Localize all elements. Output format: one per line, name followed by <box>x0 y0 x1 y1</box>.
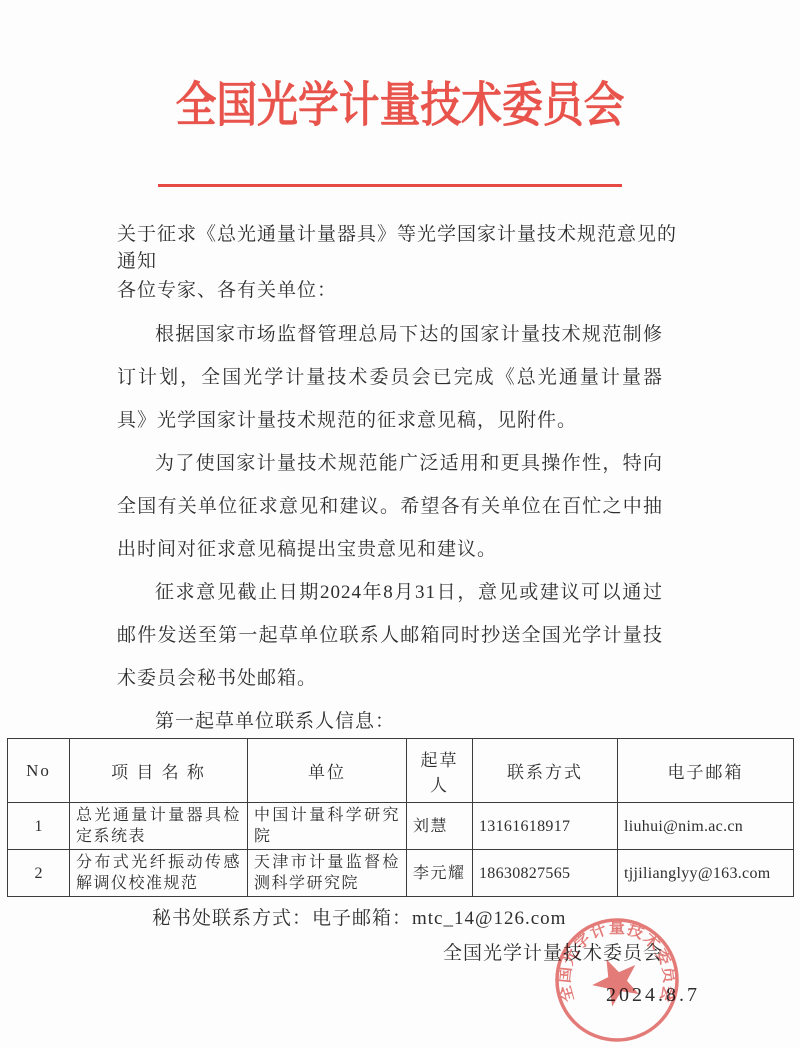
header-email: 电子邮箱 <box>618 739 794 803</box>
star-icon <box>585 949 647 1010</box>
row1-no: 1 <box>8 803 70 850</box>
header-organization: 单位 <box>248 739 407 803</box>
table-header-row: No 项 目 名 称 单位 起草人 联系方式 电子邮箱 <box>8 739 794 803</box>
row2-no: 2 <box>8 850 70 897</box>
body-text: 根据国家市场监督管理总局下达的国家计量技术规范制修订计划，全国光学计量技术委员会… <box>117 313 663 743</box>
letterhead-divider <box>158 184 622 187</box>
row1-phone: 13161618917 <box>473 803 618 850</box>
paragraph-2: 为了使国家计量技术规范能广泛适用和更具操作性，特向全国有关单位征求意见和建议。希… <box>117 442 663 571</box>
row2-drafter: 李元耀 <box>407 850 473 897</box>
subject-line: 关于征求《总光通量计量器具》等光学国家计量技术规范意见的通知 <box>117 219 677 273</box>
document-page: 全国光学计量技术委员会 关于征求《总光通量计量器具》等光学国家计量技术规范意见的… <box>0 0 800 1048</box>
table-row: 2 分布式光纤振动传感解调仪校准规范 天津市计量监督检测科学研究院 李元耀 18… <box>8 850 794 897</box>
official-seal-stamp: 全国光学计量技术委员会 <box>553 916 681 1044</box>
table-row: 1 总光通量计量器具检定系统表 中国计量科学研究院 刘慧 13161618917… <box>8 803 794 850</box>
row1-organization: 中国计量科学研究院 <box>248 803 407 850</box>
header-project-name: 项 目 名 称 <box>70 739 248 803</box>
row1-email: liuhui@nim.ac.cn <box>618 803 794 850</box>
row1-project-name: 总光通量计量器具检定系统表 <box>70 803 248 850</box>
row2-organization: 天津市计量监督检测科学研究院 <box>248 850 407 897</box>
paragraph-1: 根据国家市场监督管理总局下达的国家计量技术规范制修订计划，全国光学计量技术委员会… <box>117 313 663 442</box>
row2-email: tjjilianglyy@163.com <box>618 850 794 897</box>
seal-icon: 全国光学计量技术委员会 <box>553 916 681 1044</box>
header-phone: 联系方式 <box>473 739 618 803</box>
row2-project-name: 分布式光纤振动传感解调仪校准规范 <box>70 850 248 897</box>
row1-drafter: 刘慧 <box>407 803 473 850</box>
salutation: 各位专家、各有关单位： <box>117 275 677 302</box>
header-no: No <box>8 739 70 803</box>
header-drafter: 起草人 <box>407 739 473 803</box>
paragraph-3: 征求意见截止日期2024年8月31日，意见或建议可以通过邮件发送至第一起草单位联… <box>117 571 663 700</box>
contacts-table: No 项 目 名 称 单位 起草人 联系方式 电子邮箱 1 总光通量计量器具检定… <box>7 738 794 897</box>
table-intro: 第一起草单位联系人信息： <box>117 700 663 743</box>
secretariat-contact: 秘书处联系方式：电子邮箱：mtc_14@126.com <box>152 903 566 930</box>
page-title: 全国光学计量技术委员会 <box>60 66 740 135</box>
row2-phone: 18630827565 <box>473 850 618 897</box>
